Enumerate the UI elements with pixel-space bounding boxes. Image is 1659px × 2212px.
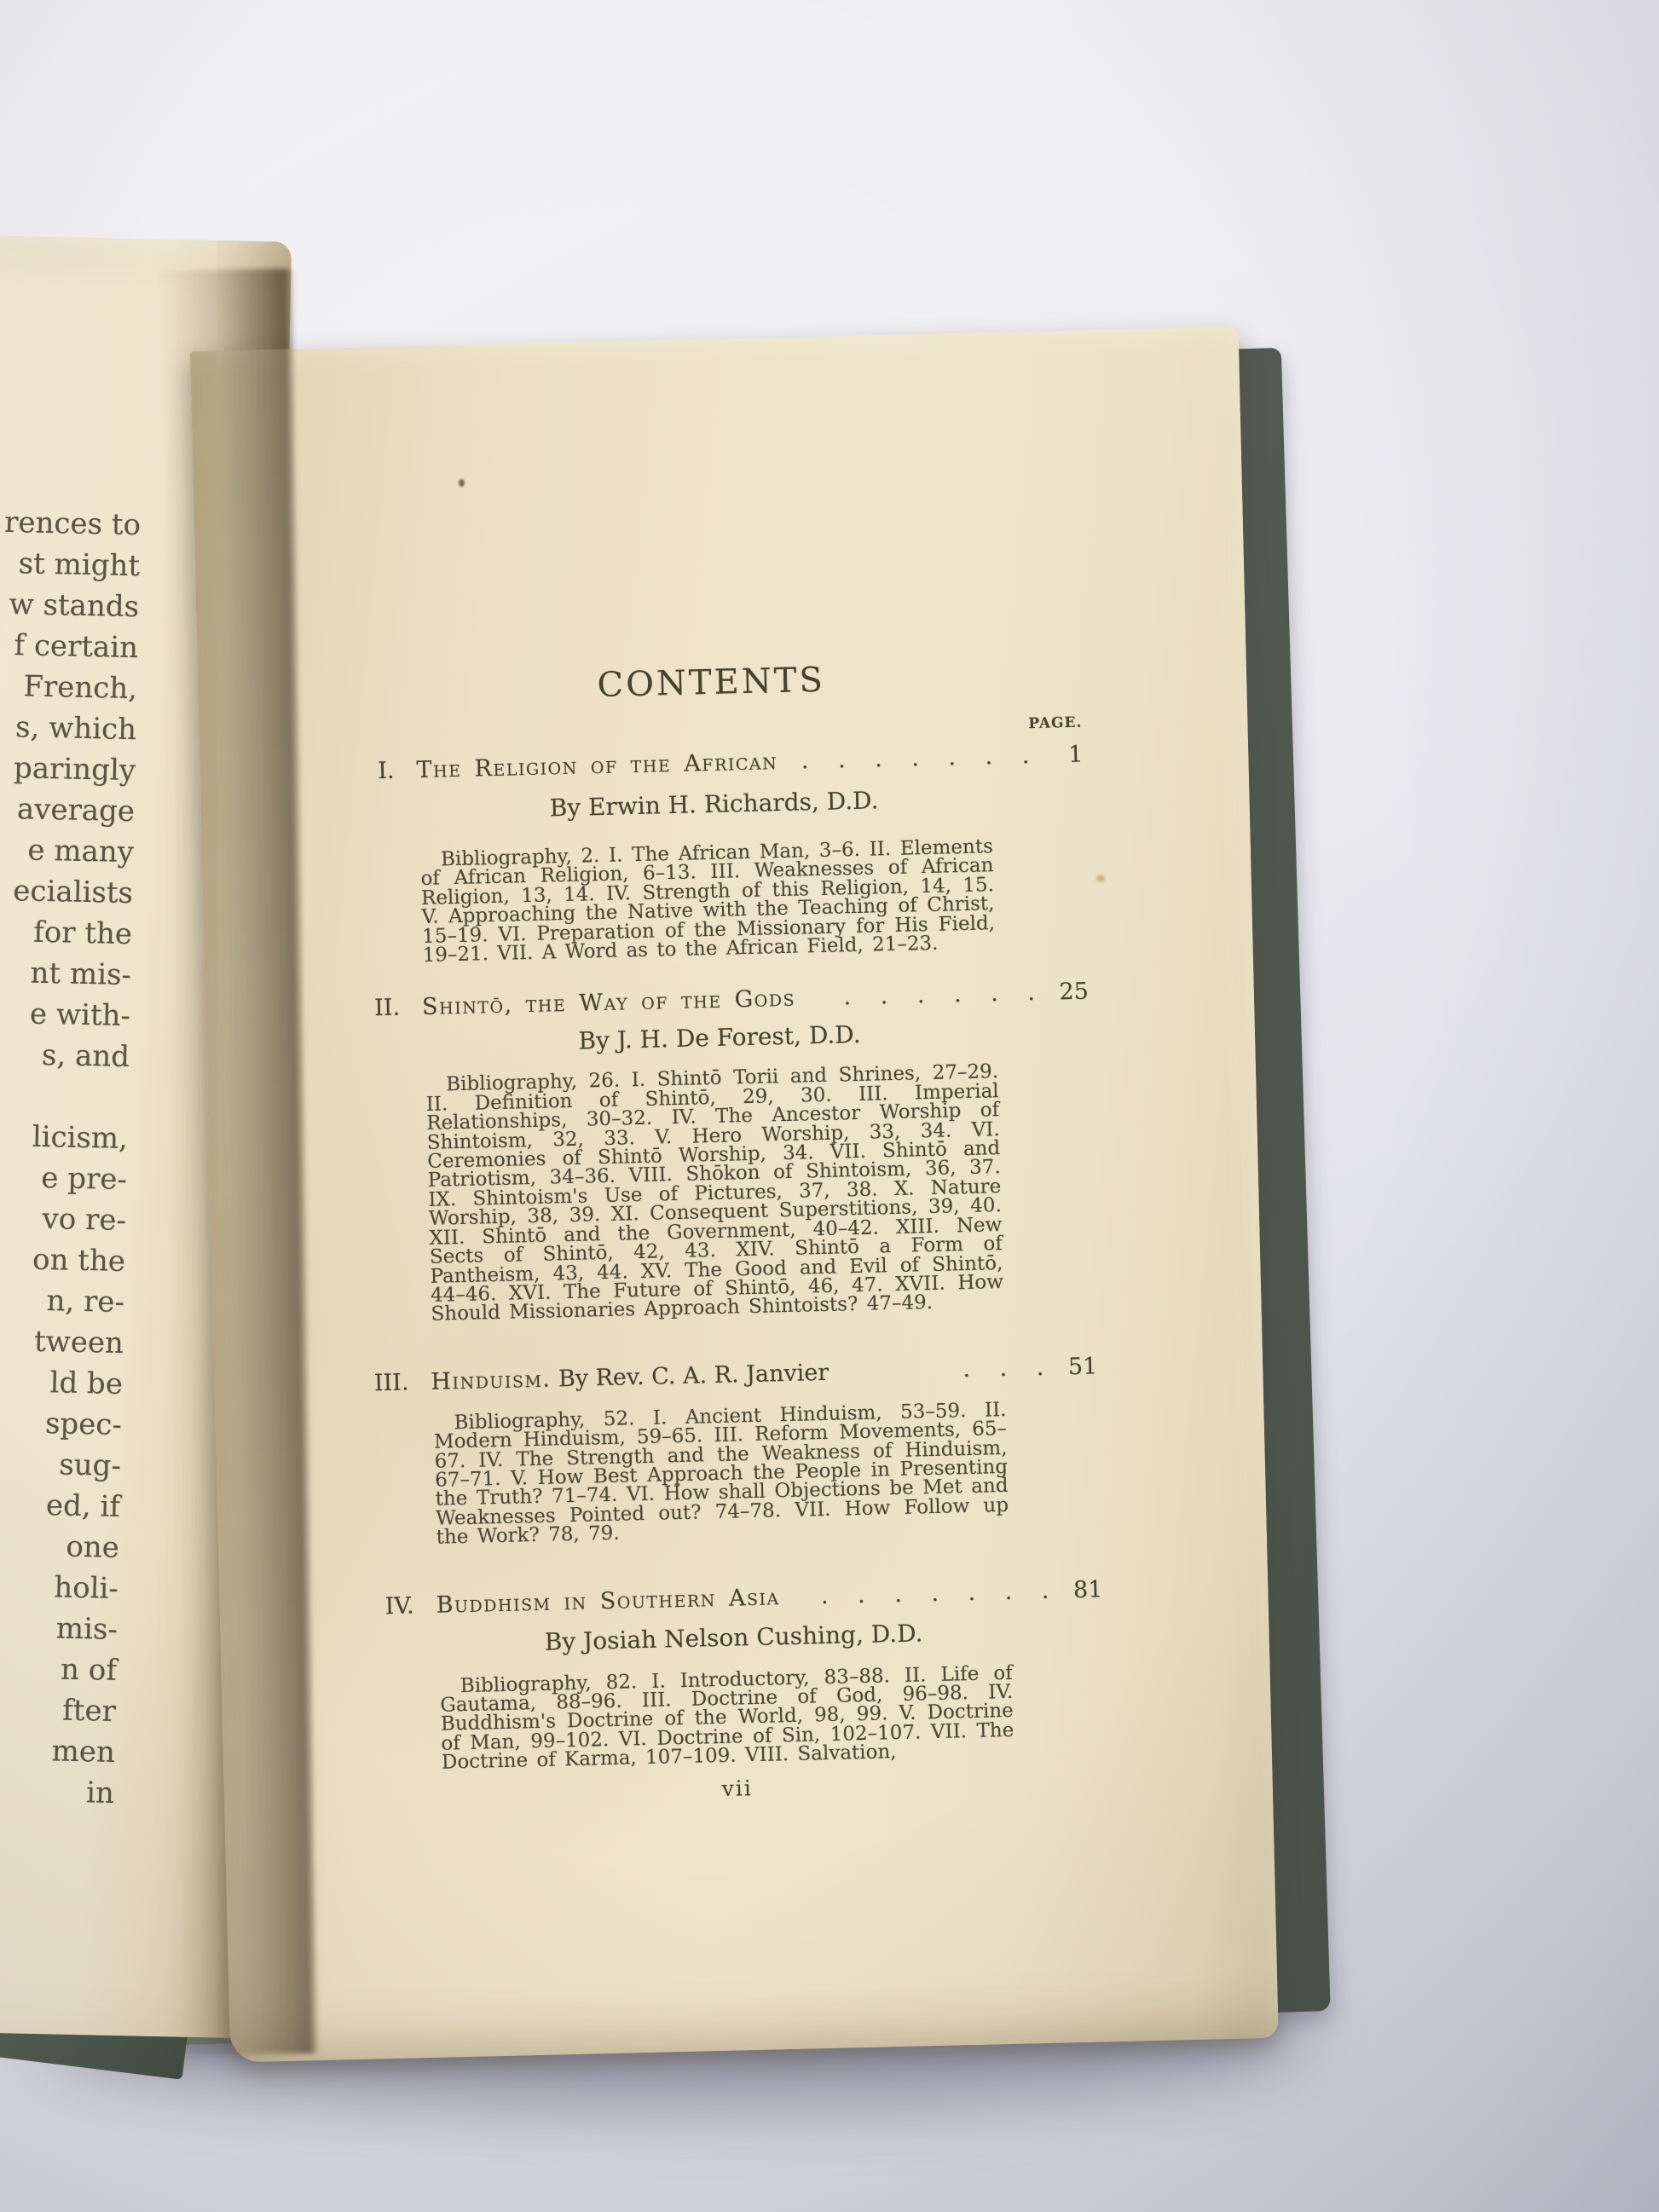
toc-entry-heading: I. The Religion of the African . . . . .… [343,742,1083,785]
entry-title-smallcaps: The Religion of the African [416,748,777,783]
entry-numeral: I. [343,758,395,785]
toc-entry-heading: IV. Buddhism in Southern Asia . . . . . … [362,1576,1102,1620]
folio-page-number: vii [367,1767,1107,1809]
entry-page-number: 51 [1058,1353,1098,1380]
paper-speck [459,479,465,487]
left-page-text-fragments: rences to st might w stands f certain Fr… [0,502,142,1814]
entry-title: Hinduism. By Rev. C. A. R. Janvier [431,1360,829,1395]
book-photo: rences to st might w stands f certain Fr… [0,0,1659,2212]
toc-entry-4: IV. Buddhism in Southern Asia . . . . . … [362,1576,1107,1774]
entry-title: Buddhism in Southern Asia [436,1584,780,1618]
page-title: CONTENTS [341,655,1082,711]
contents-page: CONTENTS PAGE. I. The Religion of the Af… [190,326,1279,2062]
entry-summary: Bibliography, 26. I. Shintō Torii and Sh… [425,1063,1004,1325]
toc-entry-2: II. Shintō, the Way of the Gods . . . . … [349,979,1096,1326]
leader-dots: . . . . . . [804,979,1047,1012]
leader-dots: . . . [837,1354,1055,1385]
entry-numeral: IV. [362,1592,414,1620]
entry-numeral: III. [357,1369,409,1396]
contents-page-text-block: CONTENTS PAGE. I. The Religion of the Af… [333,331,1107,1810]
leader-dots: . . . . . . . [788,1577,1061,1610]
entry-summary: Bibliography, 2. I. The African Man, 3–6… [420,837,996,965]
entry-title-rest: By Rev. C. A. R. Janvier [551,1360,829,1393]
toc-entry-1: I. The Religion of the African . . . . .… [343,742,1088,967]
entry-title: Shintō, the Way of the Gods [422,985,796,1020]
entry-numeral: II. [349,995,401,1022]
entry-title-smallcaps: Hinduism. [431,1366,552,1395]
entry-title: The Religion of the African [416,748,777,783]
paper-stain [1096,875,1105,882]
entry-byline: By Josiah Nelson Cushing, D.D. [363,1614,1104,1660]
toc-entry-heading: II. Shintō, the Way of the Gods . . . . … [349,979,1089,1022]
entry-page-number: 81 [1063,1576,1103,1603]
entry-byline: By Erwin H. Richards, D.D. [344,782,1084,827]
entry-title-smallcaps: Shintō, the Way of the Gods [422,985,796,1020]
entry-page-number: 25 [1049,979,1090,1006]
entry-byline: By J. H. De Forest, D.D. [350,1015,1090,1060]
leader-dots: . . . . . . . [786,742,1041,775]
toc-entry-3: III. Hinduism. By Rev. C. A. R. Janvier … [357,1353,1101,1549]
toc-entry-heading: III. Hinduism. By Rev. C. A. R. Janvier … [357,1353,1097,1396]
entry-page-number: 1 [1043,742,1084,769]
entry-summary: Bibliography, 52. I. Ancient Hinduism, 5… [433,1401,1009,1548]
entry-title-smallcaps: Buddhism in Southern Asia [436,1584,780,1618]
entry-summary: Bibliography, 82. I. Introductory, 83–88… [440,1663,1014,1772]
